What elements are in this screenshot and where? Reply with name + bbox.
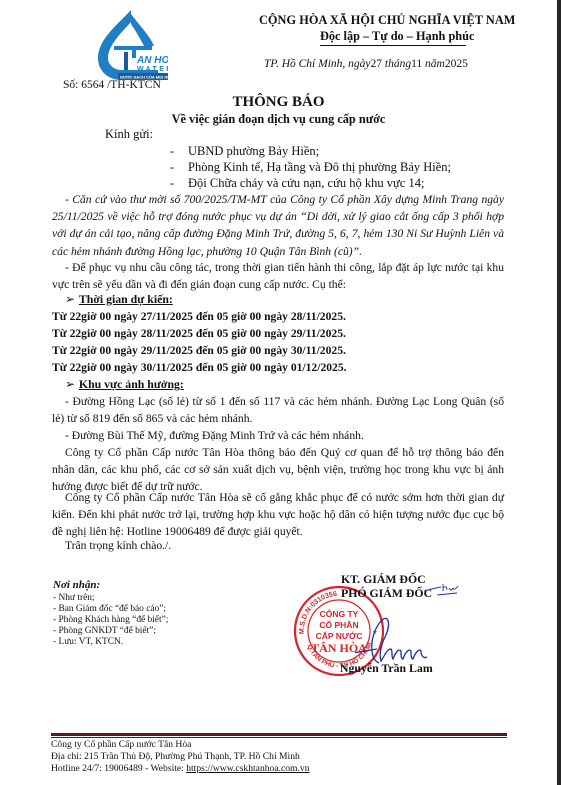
paragraph-basis: - Căn cứ vào thư mời số 700/2025/TM-MT c… [52,191,504,260]
arrow-bullet-icon: ➢ [65,292,75,306]
schedule-item: Từ 22giờ 00 ngày 30/11/2025 đến 05 giờ 0… [52,361,347,374]
national-header-title: CỘNG HÒA XÃ HỘI CHỦ NGHĨA VIỆT NAM [259,13,515,28]
national-motto: Độc lập – Tự do – Hạnh phúc [320,29,474,44]
reference-number: Số: 6564 /TH-KTCN [63,79,161,91]
schedule-item: Từ 22giờ 00 ngày 27/11/2025 đến 05 giờ 0… [52,310,346,323]
closing-salutation: Trân trọng kính chào./. [65,539,171,552]
paragraph-commit: Công ty Cổ phần Cấp nước Tân Hòa sẽ cố g… [52,489,504,541]
schedule-item: Từ 22giờ 00 ngày 28/11/2025 đến 05 giờ 0… [52,327,346,340]
distribution-item: - Ban Giám đốc “để báo cáo”; [53,604,166,614]
footer-contact: Hotline 24/7: 19006489 - Website: https:… [51,763,310,774]
paragraph-purpose: - Để phục vụ nhu cầu công tác, trong thờ… [52,259,504,293]
distribution-item: - Lưu: VT, KTCN. [53,637,123,647]
document-page: AN HOA WATER NƯỚC SẠCH CỦA MỌI NHÀ Số: 6… [0,0,557,785]
svg-text:CỔ PHẦN: CỔ PHẦN [319,619,358,630]
distribution-item: - Phòng GNKDT “để biết”; [53,626,156,636]
place-date: TP. Hồ Chí Minh, ngày27 tháng11 năm2025 [264,58,468,70]
distribution-item: - Như trên; [53,593,95,603]
greeting: Kính gửi: [105,127,153,142]
signature-position: PHÓ GIÁM ĐỐC [341,586,432,601]
arrow-bullet-icon: ➢ [65,377,75,391]
footer-address: Địa chỉ: 215 Trần Thủ Độ, Phường Phú Thạ… [51,751,300,762]
document-title: THÔNG BÁO [0,94,557,111]
scrollbar[interactable] [557,0,561,785]
svg-text:AN HOA: AN HOA [136,55,168,66]
paragraph-notify: Công ty Cổ phần Cấp nước Tân Hòa thông b… [52,444,504,496]
tan-hoa-water-logo: AN HOA WATER NƯỚC SẠCH CỦA MỌI NHÀ [88,8,168,84]
area-item: - Đường Bùi Thế Mỹ, đường Đặng Minh Trứ … [52,427,504,444]
motto-underline [320,45,466,46]
website-link[interactable]: https://www.cskhtanhoa.com.vn [186,763,309,774]
svg-text:CÔNG TY: CÔNG TY [320,608,359,619]
area-item: - Đường Hồng Lạc (số lẻ) từ số 1 đến số … [52,393,504,427]
area-heading: ➢Khu vực ảnh hưởng: [65,377,184,392]
footer-rule-thin [51,737,507,738]
signer-name: Nguyễn Trần Lam [340,661,433,676]
schedule-heading: ➢Thời gian dự kiến: [65,292,173,307]
signature-on-behalf: KT. GIÁM ĐỐC [341,572,426,587]
footer-rule [51,733,507,736]
document-subtitle: Về việc gián đoạn dịch vụ cung cấp nước [0,112,557,127]
distribution-item: - Phòng Khách hàng “để biết”; [53,615,168,625]
footer-company: Công ty Cổ phần Cấp nước Tân Hòa [51,739,191,750]
svg-text:WATER: WATER [137,66,168,73]
schedule-item: Từ 22giờ 00 ngày 29/11/2025 đến 05 giờ 0… [52,344,346,357]
distribution-heading: Nơi nhận: [53,579,100,591]
initials-mark [423,582,459,598]
